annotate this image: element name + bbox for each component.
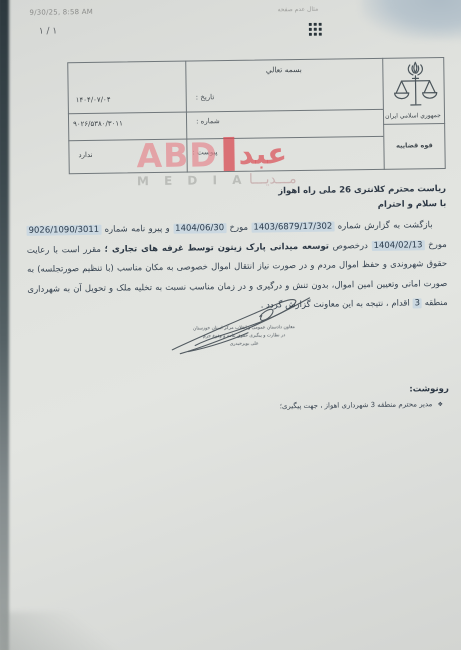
salutation-line: با سلام و احترام	[378, 199, 447, 210]
district-number-highlight: 3	[412, 298, 422, 308]
letter-date-highlight: 1404/02/13	[371, 240, 424, 251]
watermark-arabic-top: عبد	[238, 136, 287, 171]
body-text: و پیرو نامه شماره	[104, 224, 169, 235]
report-number-highlight: 1403/6879/17/302	[251, 222, 334, 233]
page-indicator: ۱ / ۱	[39, 26, 58, 36]
watermark-latin-bottom: M E D I A	[137, 173, 247, 189]
print-doc-title: مثال عدم صفحه	[277, 6, 318, 14]
attachment-value: ندارد	[78, 151, 92, 159]
report-date-highlight: 1404/06/30	[173, 223, 226, 234]
photo-bottom-shade	[0, 612, 150, 650]
photo-dark-edge	[0, 0, 9, 650]
body-text: بازگشت به گزارش شماره	[338, 220, 433, 231]
photo-corner-shadow	[361, 0, 461, 40]
iran-emblem-justice-scales-icon	[389, 59, 442, 112]
signature-scribble	[163, 294, 324, 358]
recipient-line: ریاست محترم کلانتری 26 ملی راه اهواز	[278, 184, 446, 196]
subject-bold-text: توسعه میدانی پارک زیتون توسط غرفه های تج…	[105, 241, 329, 254]
letter-page: 9/30/25, 8:58 AM مثال عدم صفحه ۱ / ۱ بسم…	[0, 0, 461, 650]
letter-number-highlight: 9026/1090/3011	[27, 225, 102, 236]
date-value: ۱۴۰۴/۰۷/۰۴	[76, 96, 111, 104]
watermark-red-bar	[223, 137, 234, 171]
watermark-latin-top: ABD	[136, 135, 218, 175]
body-text: مورخ	[428, 239, 447, 249]
date-label: تاريخ :	[196, 93, 215, 101]
scanned-letter-photo: 9/30/25, 8:58 AM مثال عدم صفحه ۱ / ۱ بسم…	[0, 0, 461, 650]
number-label: شماره :	[196, 117, 220, 125]
copy-section-title: رونوشت:	[409, 384, 449, 395]
country-name: جمهوري اسلامي ايران	[380, 112, 446, 120]
copy-recipient-item: ❖ مدیر محترم منطقه 3 شهرداری اهواز ، جهت…	[280, 400, 443, 410]
watermark-arabic-bottom: مـــديـــا	[249, 171, 297, 188]
print-datetime: 9/30/25, 8:58 AM	[29, 8, 93, 17]
copy-recipient-text: مدیر محترم منطقه 3 شهرداری اهواز ، جهت پ…	[280, 400, 433, 410]
diamond-bullet-icon: ❖	[438, 401, 443, 408]
body-text: مورخ	[229, 223, 248, 233]
watermark: ABD عبد M E D I A مـــديـــا	[136, 132, 296, 189]
body-text: درخصوص	[333, 241, 368, 251]
grid-icon	[309, 23, 322, 36]
judiciary-name: قوه قضاييه	[383, 141, 445, 150]
number-value: ۹۰۲۶/۵۳۸۰/۳۰۱۱	[73, 119, 123, 128]
